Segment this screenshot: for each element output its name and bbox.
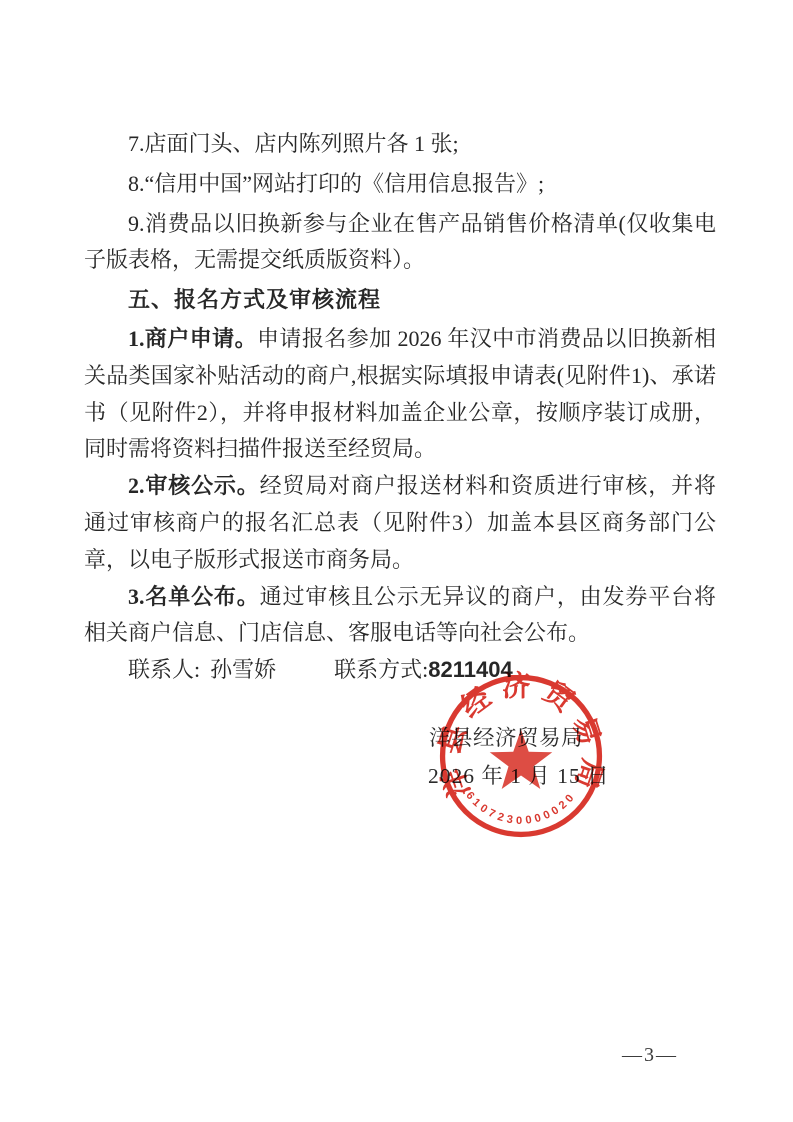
page-number: —3—	[622, 1044, 678, 1067]
paragraph-list-announcement: 3.名单公布。通过审核且公示无异议的商户，由发券平台将相关商户信息、门店信息、客…	[84, 579, 716, 653]
contact-person-name: 孙雪娇	[210, 657, 276, 682]
document-body: 7.店面门头、店内陈列照片各 1 张; 8.“信用中国”网站打印的《信用信息报告…	[84, 126, 716, 689]
paragraph-merchant-application: 1.商户申请。申请报名参加 2026 年汉中市消费品以旧换新相关品类国家补贴活动…	[84, 321, 716, 468]
contact-person-label: 联系人:	[128, 657, 200, 682]
paragraph-lead: 1.商户申请。	[128, 326, 257, 351]
official-stamp: 洋县经济贸易局 6107230000020	[415, 650, 627, 862]
paragraph-lead: 3.名单公布。	[128, 584, 260, 609]
list-item: 9.消费品以旧换新参与企业在售产品销售价格清单(仅收集电子版表格，无需提交纸质版…	[84, 206, 716, 280]
stamp-star-icon	[490, 730, 552, 789]
paragraph-lead: 2.审核公示。	[128, 473, 260, 498]
paragraph-review-publicity: 2.审核公示。经贸局对商户报送材料和资质进行审核，并将通过审核商户的报名汇总表（…	[84, 468, 716, 578]
list-item: 7.店面门头、店内陈列照片各 1 张;	[84, 126, 716, 163]
section-heading: 五、报名方式及审核流程	[84, 282, 716, 319]
list-item: 8.“信用中国”网站打印的《信用信息报告》;	[84, 166, 716, 203]
document-page: 7.店面门头、店内陈列照片各 1 张; 8.“信用中国”网站打印的《信用信息报告…	[0, 0, 793, 1122]
